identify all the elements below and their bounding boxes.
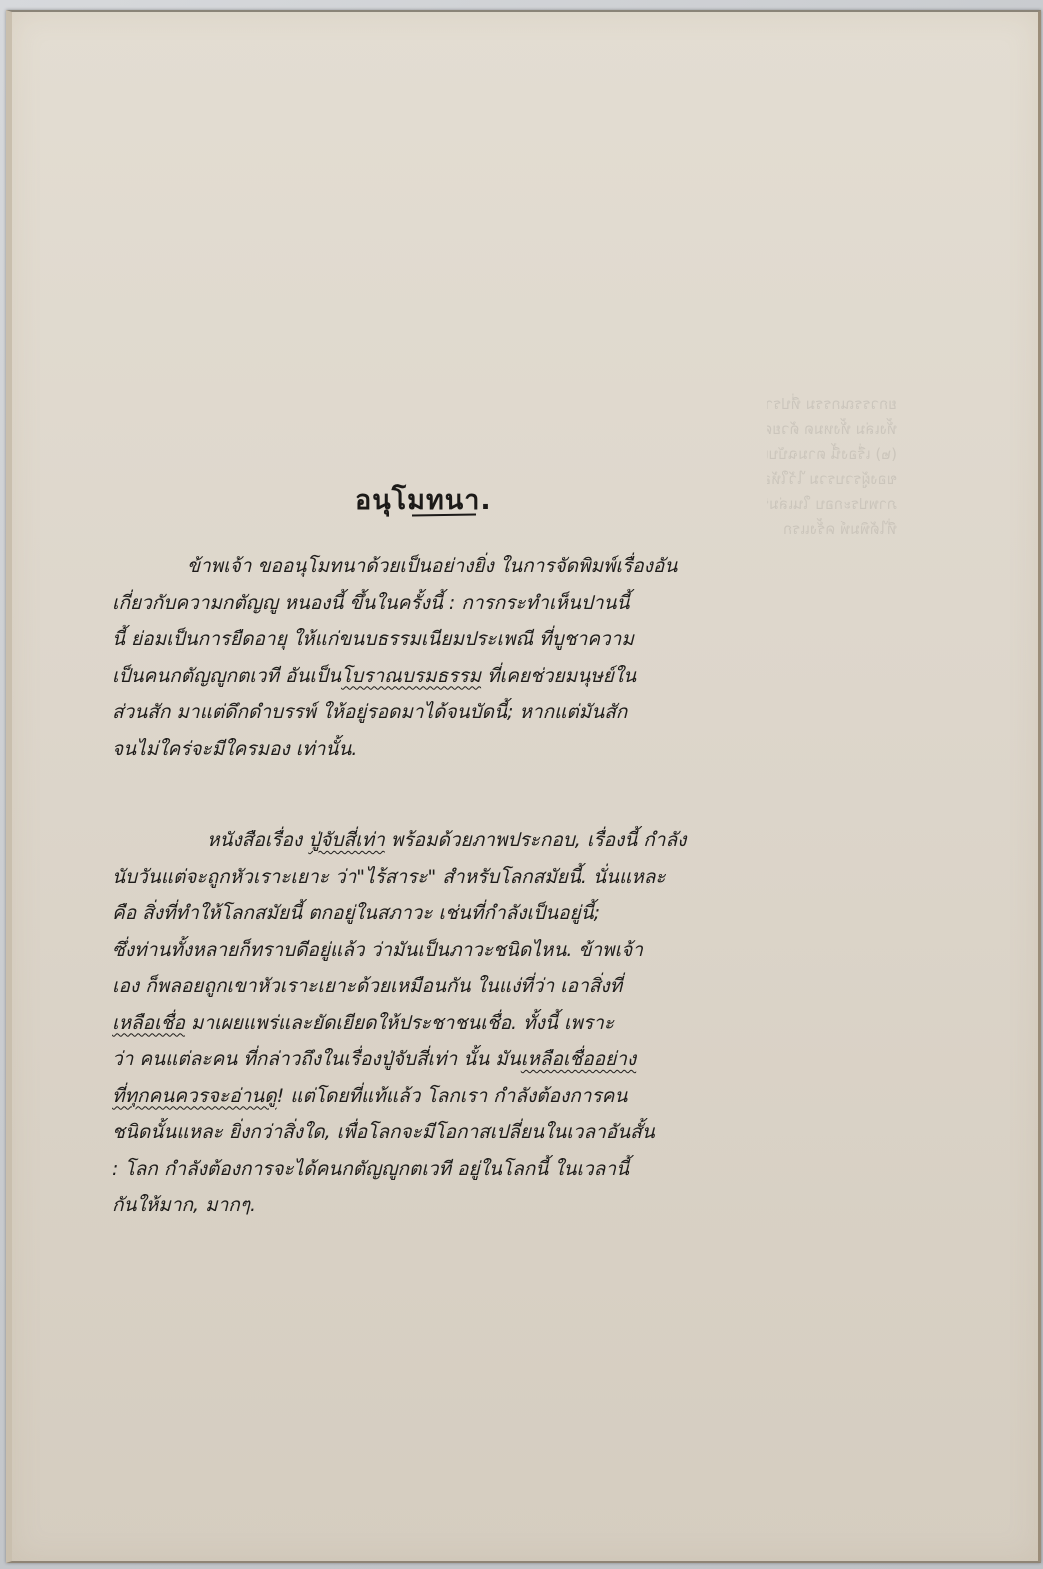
manuscript-page: ยกวรรณกรรม ที่ปรากฏ ในหนังสือ ทั้งเล่ม ท…	[6, 10, 1041, 1563]
text-line: กันให้มาก, มากๆ.	[112, 1187, 857, 1224]
text-line: เหลือเชื่อ มาเผยแพร่และยัดเยียดให้ประชาช…	[112, 1005, 857, 1042]
text-line: ที่ทุกคนควรจะอ่านดู! แต่โดยที่แท้แล้ว โล…	[112, 1078, 857, 1115]
text-line: เกี่ยวกับความกตัญญู หนองนี้ ขึ้นในครั้งน…	[112, 585, 857, 622]
text-line: นับวันแต่จะถูกหัวเราะเยาะ ว่า"ไร้สาระ" ส…	[112, 859, 857, 896]
paragraph-1: ข้าพเจ้า ขออนุโมทนาด้วยเป็นอย่างยิ่ง ในก…	[112, 548, 857, 767]
text-line: ส่วนสัก มาแต่ดึกดำบรรพ์ ให้อยู่รอดมาได้จ…	[112, 694, 857, 731]
text-line: เอง ก็พลอยถูกเขาหัวเราะเยาะด้วยเหมือนกัน…	[112, 968, 857, 1005]
underlined-phrase: ปู่จับสี่เท่า	[308, 829, 385, 851]
text-line: เป็นคนกตัญญูกตเวที อันเป็นโบราณบรมธรรม ท…	[112, 658, 857, 695]
text-line: : โลก กำลังต้องการจะได้คนกตัญญูกตเวที อย…	[112, 1151, 857, 1188]
text-line: ว่า คนแต่ละคน ที่กล่าวถึงในเรื่องปู่จับส…	[112, 1041, 857, 1078]
paragraph-2: หนังสือเรื่อง ปู่จับสี่เท่า พร้อมด้วยภาพ…	[112, 822, 857, 1224]
underlined-phrase: เหลือเชื่ออย่าง	[521, 1048, 636, 1070]
text-line: หนังสือเรื่อง ปู่จับสี่เท่า พร้อมด้วยภาพ…	[112, 822, 857, 859]
text-line: นี้ ย่อมเป็นการยืดอายุ ให้แก่ขนบธรรมเนีย…	[112, 621, 857, 658]
text-line: ชนิดนั้นแหละ ยิ่งกว่าสิ่งใด, เพื่อโลกจะม…	[112, 1114, 857, 1151]
underlined-phrase: ที่ทุกคนควรจะอ่านดู	[112, 1085, 277, 1107]
text-line: ข้าพเจ้า ขออนุโมทนาด้วยเป็นอย่างยิ่ง ในก…	[112, 548, 857, 585]
text-line: ซึ่งท่านทั้งหลายก็ทราบดีอยู่แล้ว ว่ามันเ…	[112, 932, 857, 969]
text-line: คือ สิ่งที่ทำให้โลกสมัยนี้ ตกอยู่ในสภาวะ…	[112, 895, 857, 932]
text-line: จนไม่ใคร่จะมีใครมอง เท่านั้น.	[112, 731, 857, 768]
underlined-phrase: โบราณบรมธรรม	[341, 665, 481, 687]
underlined-phrase: เหลือเชื่อ	[112, 1012, 185, 1034]
